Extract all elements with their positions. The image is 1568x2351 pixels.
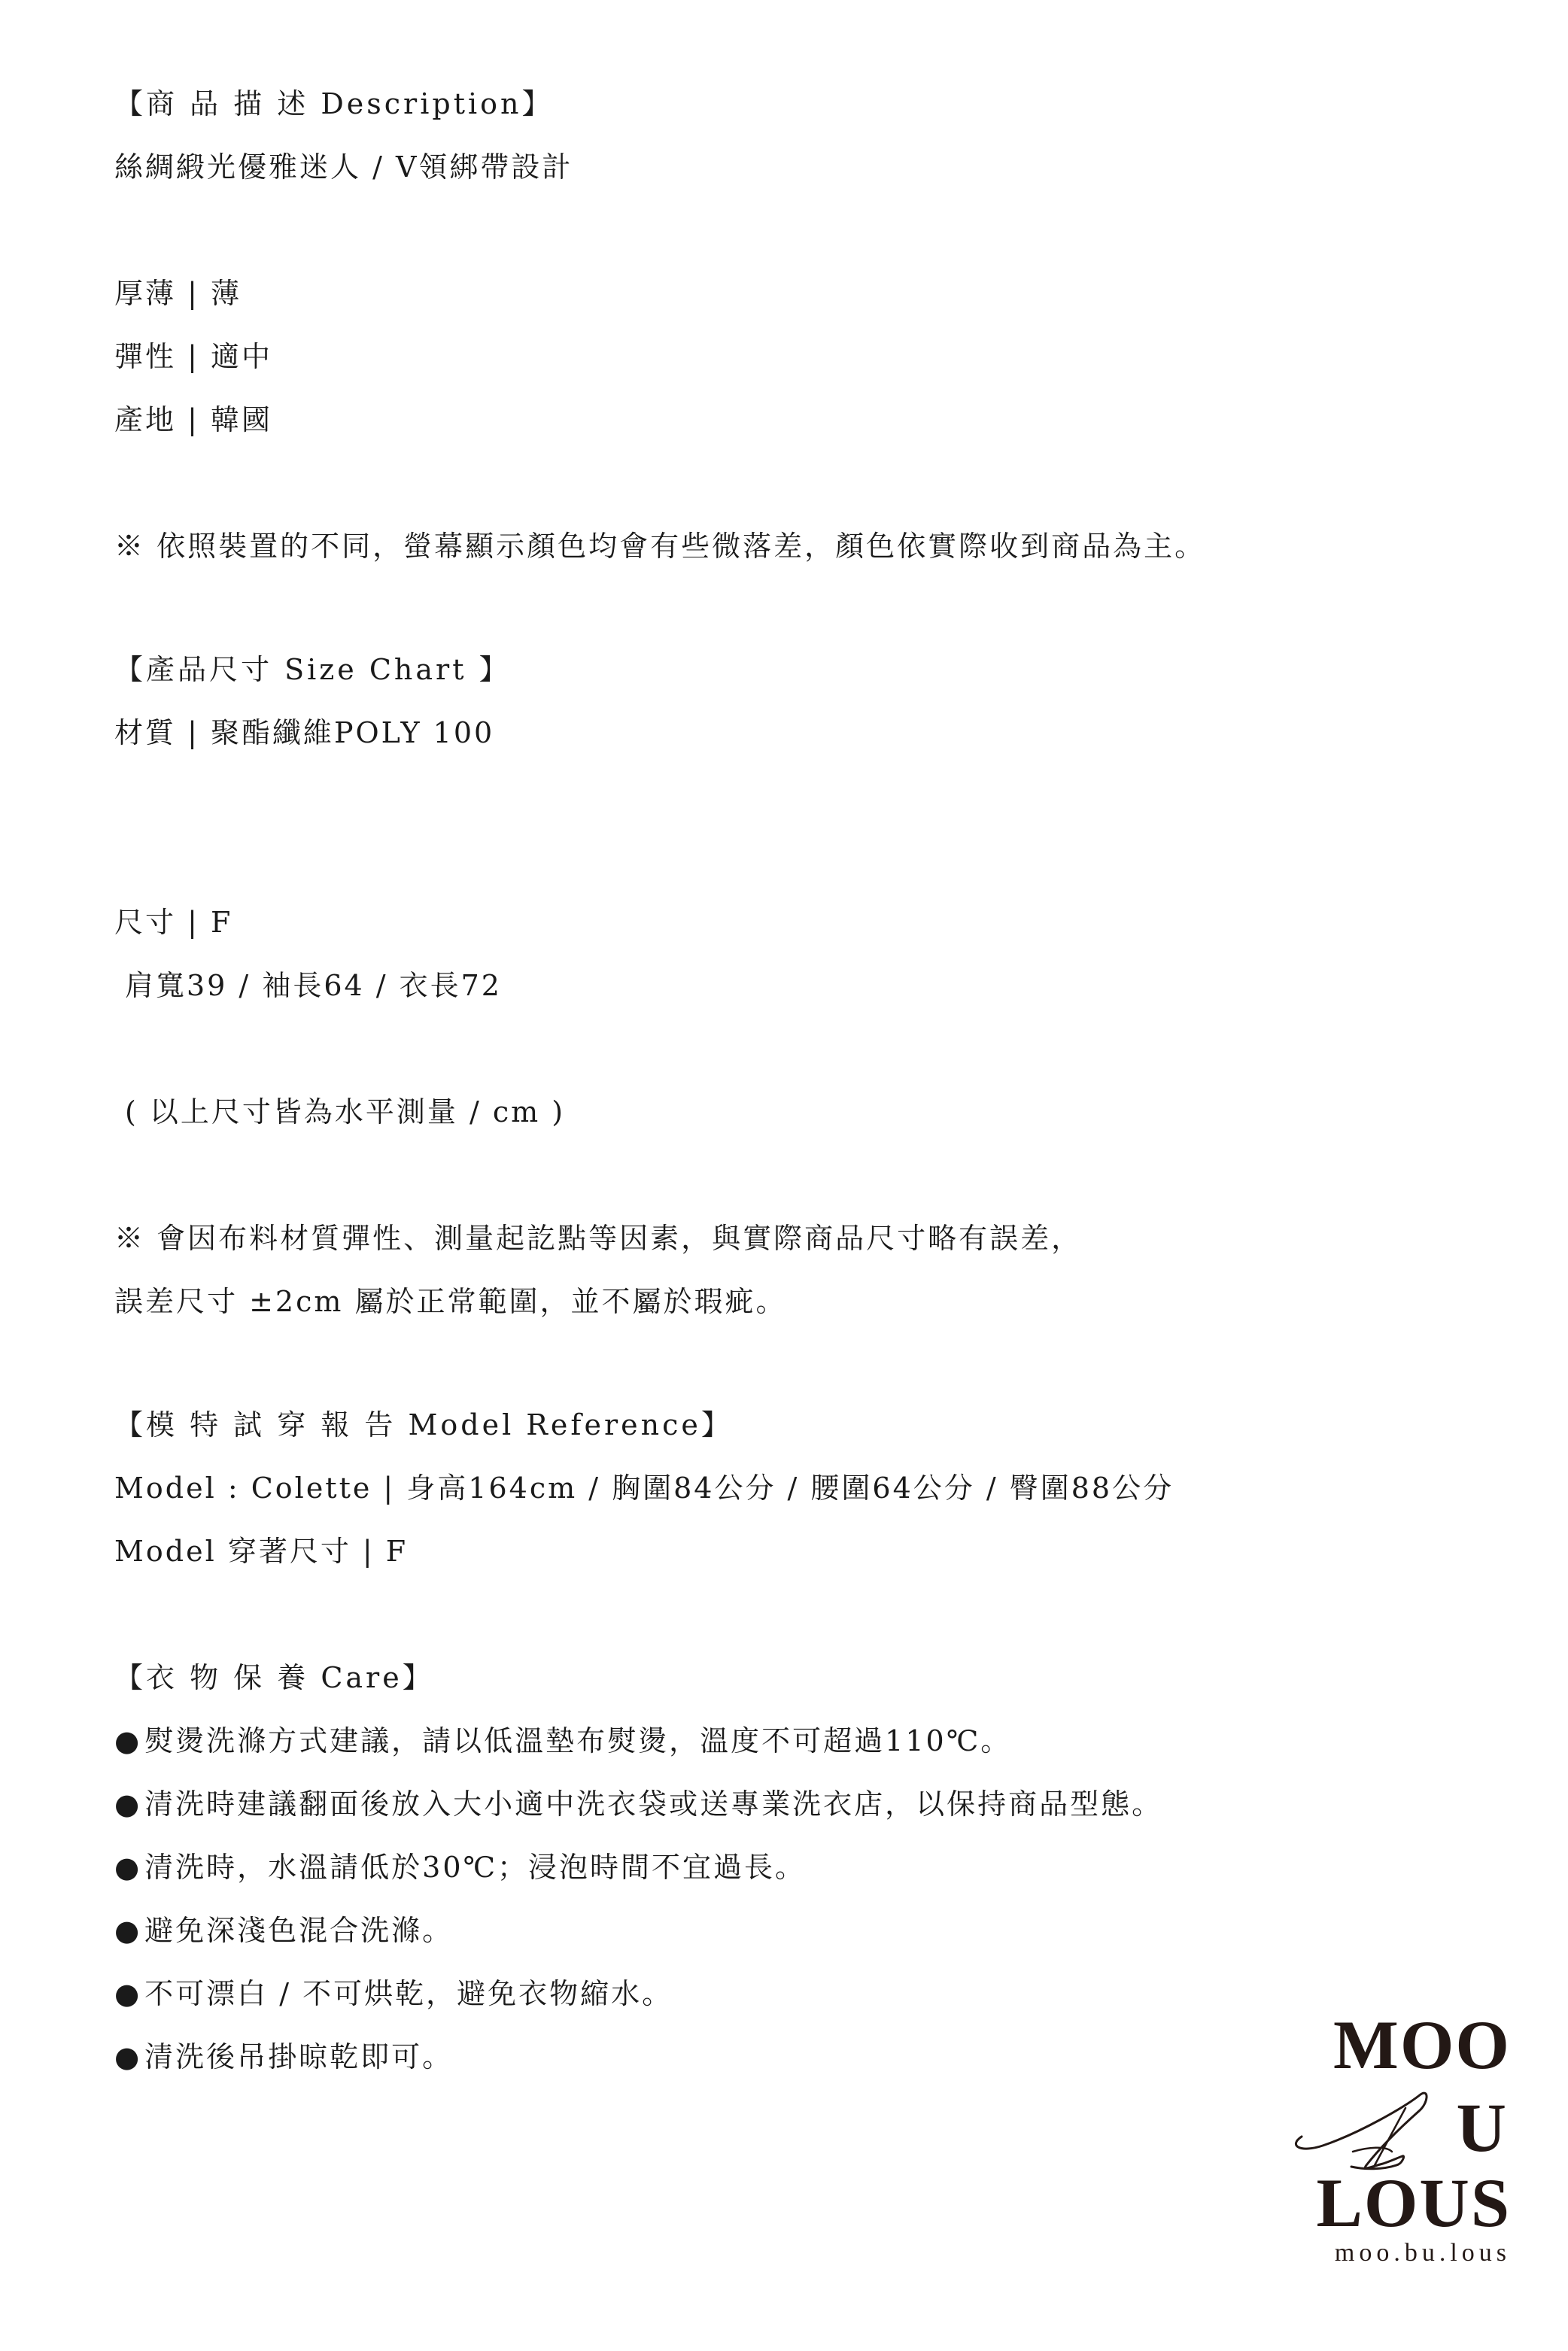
description-heading: 【商 品 描 述 Description】 [114,86,553,122]
care-heading: 【衣 物 保 養 Care】 [114,1660,434,1696]
model-stats: Model : Colette | 身高164cm / 胸圍84公分 / 腰圍6… [114,1470,1174,1506]
size-measurements: 肩寬39 / 袖長64 / 衣長72 [125,967,502,1004]
logo-text-u: U [1457,2093,1506,2162]
model-worn-size: Model 穿著尺寸 | F [114,1533,408,1569]
material-info: 材質 | 聚酯纖維POLY 100 [114,715,494,751]
logo-text-lous: LOUS [1293,2168,1511,2237]
size-chart-heading: 【產品尺寸 Size Chart 】 [114,652,511,688]
attribute-thickness: 厚薄 | 薄 [114,275,242,311]
size-info: 尺寸 | F [114,904,232,940]
model-reference-heading: 【模 特 試 穿 報 告 Model Reference】 [114,1407,733,1443]
measurement-unit-note: ( 以上尺寸皆為水平測量 / cm ) [125,1094,565,1130]
logo-script-bu-icon [1293,2091,1443,2174]
care-item: 不可漂白 / 不可烘乾，避免衣物縮水。 [114,1976,673,2012]
care-item: 避免深淺色混合洗滌。 [114,1912,453,1949]
care-item: 熨燙洗滌方式建議，請以低溫墊布熨燙，溫度不可超過110℃。 [114,1723,1011,1759]
attribute-elasticity: 彈性 | 適中 [114,339,272,375]
color-notice: ※ 依照裝置的不同，螢幕顯示顏色均會有些微落差，顏色依實際收到商品為主。 [114,528,1205,564]
attribute-origin: 產地 | 韓國 [114,402,272,438]
logo-text-moo: MOO [1293,2010,1511,2079]
brand-logo: MOO U LOUS moo.bu.lous [1293,2010,1511,2266]
logo-handle: moo.bu.lous [1293,2240,1511,2266]
care-item: 清洗後吊掛晾乾即可。 [114,2039,453,2075]
care-item: 清洗時建議翻面後放入大小適中洗衣袋或送專業洗衣店，以保持商品型態。 [114,1786,1162,1822]
product-tagline: 絲綢緞光優雅迷人 / V領綁帶設計 [114,149,573,185]
tolerance-notice-line-1: ※ 會因布料材質彈性、測量起訖點等因素，與實際商品尺寸略有誤差， [114,1220,1082,1256]
tolerance-notice-line-2: 誤差尺寸 ±2cm 屬於正常範圍，並不屬於瑕疵。 [114,1283,787,1320]
care-item: 清洗時，水溫請低於30℃；浸泡時間不宜過長。 [114,1849,806,1885]
